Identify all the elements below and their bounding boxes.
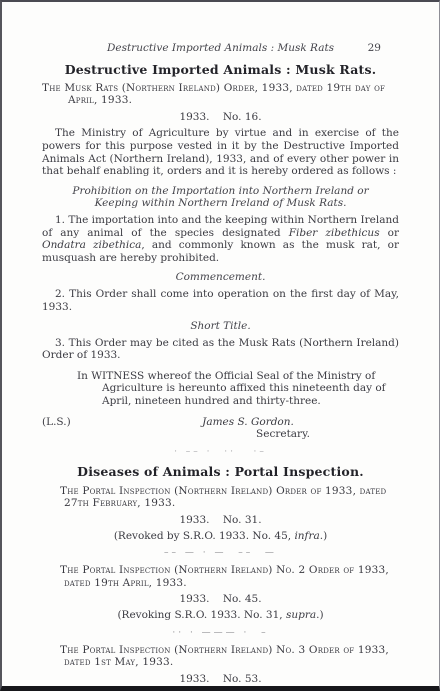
- portal-order-3-no: No. 53.: [223, 673, 262, 685]
- running-header-title: Destructive Imported Animals : Musk Rats: [107, 42, 334, 54]
- portal-order-2-year: 1933.: [179, 593, 209, 605]
- signature-name: James S. Gordon.: [42, 416, 399, 429]
- portal-order-3: The Portal Inspection (Northern Ireland)…: [42, 638, 399, 686]
- article-2-paragraph: 2. This Order shall come into operation …: [42, 288, 399, 313]
- prohibition-heading: Prohibition on the Importation into Nort…: [56, 185, 386, 210]
- portal-order-1-citation: The Portal Inspection (Northern Ireland)…: [42, 485, 399, 510]
- signature-block: (L.S.) James S. Gordon. Secretary.: [42, 416, 399, 441]
- note-2-text-b: .): [316, 609, 323, 621]
- portal-order-1: The Portal Inspection (Northern Ireland)…: [42, 479, 399, 542]
- note-2-supra: supra: [286, 609, 316, 621]
- portal-order-2-citation: The Portal Inspection (Northern Ireland)…: [42, 564, 399, 589]
- musk-rats-section-heading: Destructive Imported Animals : Musk Rats…: [42, 62, 399, 77]
- portal-order-2-no: No. 45.: [223, 593, 262, 605]
- witness-clause: In WITNESS whereof the Official Seal of …: [42, 370, 387, 408]
- section-separator-1: · –– · ·· ·–: [42, 448, 399, 457]
- musk-order-year: 1933.: [179, 111, 209, 123]
- note-1-text-b: .): [320, 530, 327, 542]
- portal-order-1-year: 1933.: [179, 514, 209, 526]
- short-title-heading: Short Title.: [42, 320, 399, 333]
- musk-order-citation: The Musk Rats (Northern Ireland) Order, …: [42, 82, 399, 107]
- article-1-text-b: or: [380, 227, 399, 239]
- signature-title: Secretary.: [42, 428, 399, 441]
- article-1-paragraph: 1. The importation into and the keeping …: [42, 214, 399, 264]
- portal-order-3-number-line: 1933. No. 53.: [42, 673, 399, 686]
- portal-order-1-no: No. 31.: [223, 514, 262, 526]
- section-separator-3: ·· · ——— · –: [42, 629, 399, 638]
- section-separator-2: –– — · — –– —: [42, 549, 399, 558]
- portal-order-2-number-line: 1933. No. 45.: [42, 593, 399, 606]
- portal-order-3-citation: The Portal Inspection (Northern Ireland)…: [42, 644, 399, 669]
- page-number: 29: [368, 42, 381, 55]
- portal-order-2: The Portal Inspection (Northern Ireland)…: [42, 558, 399, 621]
- note-1-text-a: (Revoked by S.R.O. 1933. No. 45,: [114, 530, 295, 542]
- article-3-paragraph: 3. This Order may be cited as the Musk R…: [42, 337, 399, 362]
- musk-order-number-line: 1933. No. 16.: [42, 111, 399, 124]
- document-page: Destructive Imported Animals : Musk Rats…: [0, 0, 440, 691]
- note-1-infra: infra: [294, 530, 319, 542]
- portal-order-1-note: (Revoked by S.R.O. 1933. No. 45, infra.): [42, 530, 399, 543]
- portal-inspection-section-heading: Diseases of Animals : Portal Inspection.: [42, 464, 399, 479]
- commencement-heading: Commencement.: [42, 271, 399, 284]
- running-header: Destructive Imported Animals : Musk Rats…: [42, 42, 399, 55]
- portal-order-2-note: (Revoking S.R.O. 1933. No. 31, supra.): [42, 609, 399, 622]
- musk-order-no: No. 16.: [223, 111, 262, 123]
- portal-order-3-year: 1933.: [179, 673, 209, 685]
- preamble-paragraph: The Ministry of Agriculture by virtue an…: [42, 127, 399, 177]
- portal-order-1-number-line: 1933. No. 31.: [42, 514, 399, 527]
- latin-name-fiber: Fiber zibethicus: [289, 227, 380, 239]
- latin-name-ondatra: Ondatra zibethica: [42, 239, 141, 251]
- seal-mark: (L.S.): [42, 416, 71, 429]
- note-2-text-a: (Revoking S.R.O. 1933. No. 31,: [117, 609, 286, 621]
